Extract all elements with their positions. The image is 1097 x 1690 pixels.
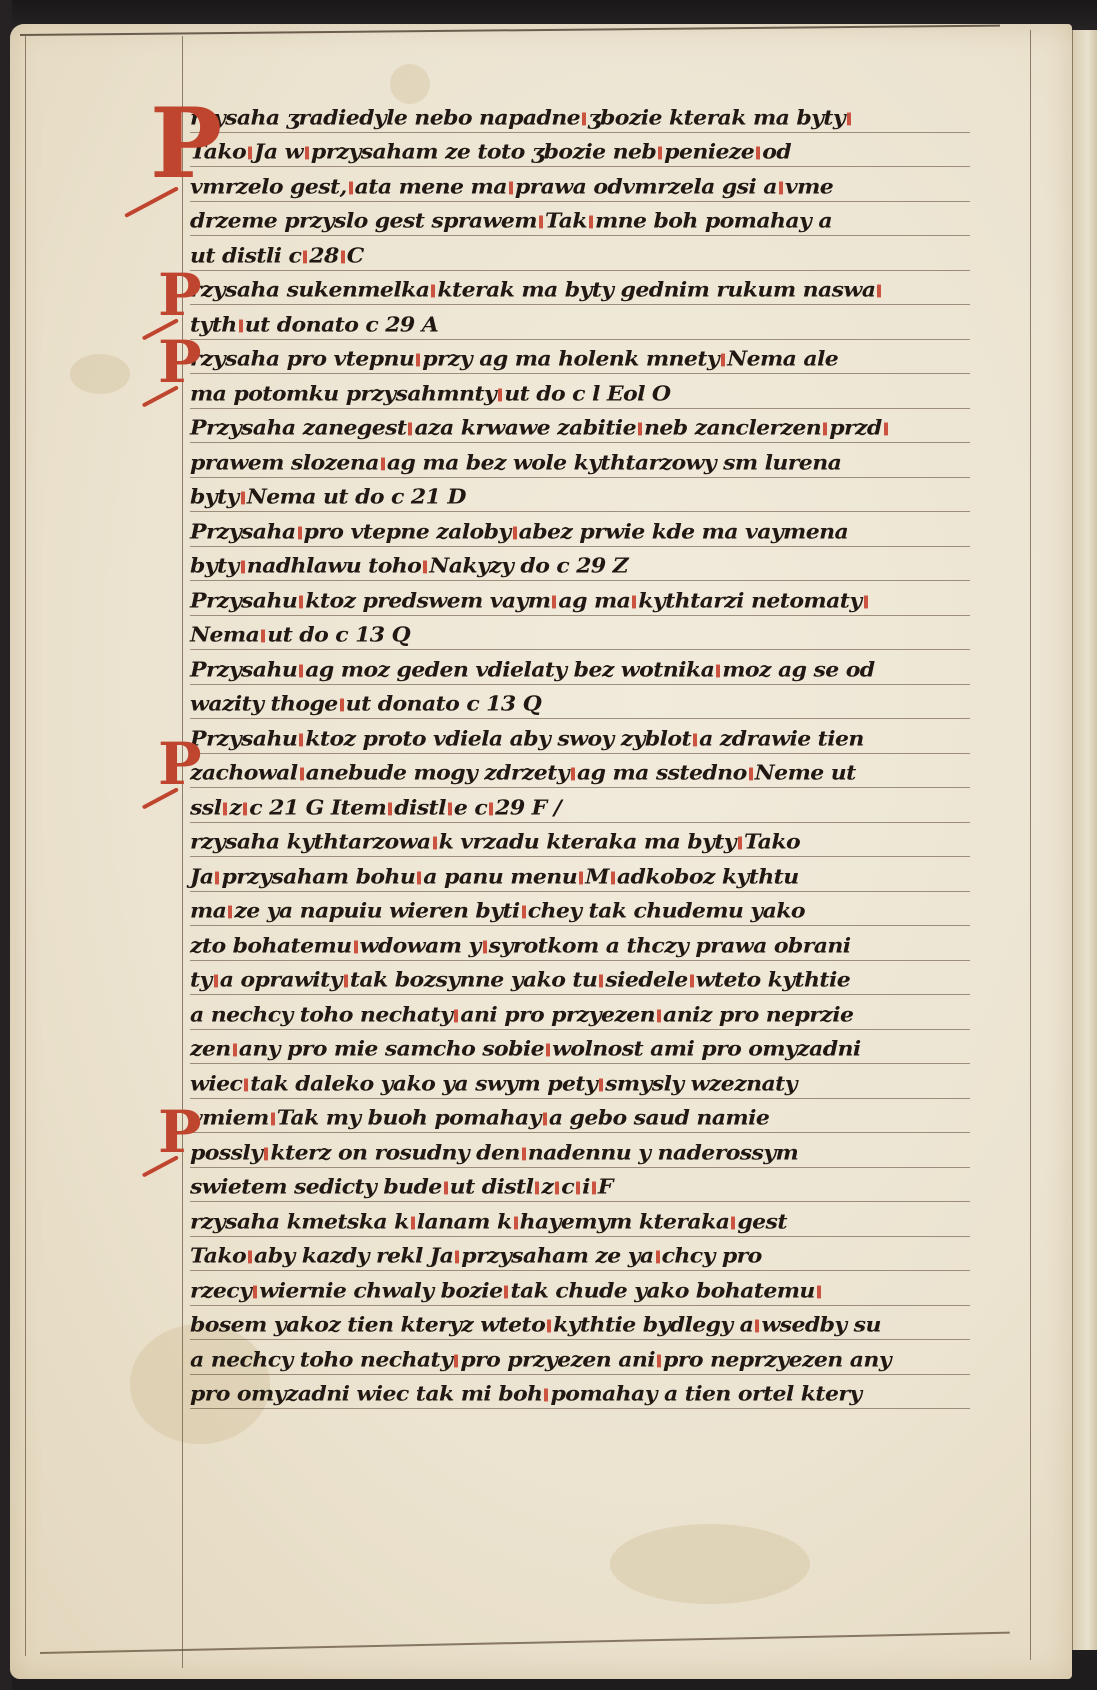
rubric-stroke xyxy=(690,975,694,988)
manuscript-line: rzysaha ʒradiedyle nebo napadneʒbozie kt… xyxy=(190,98,970,133)
rubric-stroke xyxy=(823,423,827,436)
manuscript-line-text: zto bohatemuwdowam ysyrotkom a thczy pra… xyxy=(190,934,851,958)
rubric-stroke xyxy=(298,526,302,539)
rubric-stroke xyxy=(215,871,219,884)
manuscript-line: ut distli c28C xyxy=(190,236,970,271)
rubric-stroke xyxy=(546,1044,550,1057)
rubric-stroke xyxy=(877,285,881,298)
rubric-stroke xyxy=(514,1216,518,1229)
rubric-stroke xyxy=(423,561,427,574)
rubric-stroke xyxy=(847,112,851,125)
manuscript-line: rzysaha sukenmelkakterak ma byty gednim … xyxy=(190,271,970,306)
manuscript-line-text: zenany pro mie samcho sobiewolnost ami p… xyxy=(190,1037,861,1061)
manuscript-line-text: drzeme przyslo gest sprawemTakmne boh po… xyxy=(190,209,832,233)
rubric-stroke xyxy=(504,1285,508,1298)
manuscript-line: Japrzysaham bohua panu menuMadkoboz kyth… xyxy=(190,857,970,892)
rubric-stroke xyxy=(264,1147,268,1160)
manuscript-text-block: rzysaha ʒradiedyle nebo napadneʒbozie kt… xyxy=(190,98,970,1409)
manuscript-line-text: Przysahapro vtepne zalobyabez prwie kde … xyxy=(190,520,848,544)
manuscript-line: ma potomku przysahmntyut do c l Eol O xyxy=(190,374,970,409)
rubric-stroke xyxy=(243,802,247,815)
manuscript-line: TakoJa wprzysaham ze toto ʒbozie nebpeni… xyxy=(190,133,970,168)
rubric-stroke xyxy=(657,1354,661,1367)
manuscript-line-text: ma potomku przysahmntyut do c l Eol O xyxy=(190,382,670,406)
rubric-stroke xyxy=(657,1009,661,1022)
rubric-stroke xyxy=(253,1285,257,1298)
manuscript-line: rzysaha kythtarzowak vrzadu kterakа ma b… xyxy=(190,823,970,858)
rubric-stroke xyxy=(498,388,502,401)
rubric-stroke xyxy=(738,837,742,850)
manuscript-line: Przysaha zanegestaza krwawe zabitieneb z… xyxy=(190,409,970,444)
manuscript-line-text: rzysaha sukenmelkakterak ma byty gednim … xyxy=(190,278,883,302)
manuscript-line-text: TakoJa wprzysaham ze toto ʒbozie nebpeni… xyxy=(190,140,791,164)
manuscript-line: rzysaha kmetska klanam khayemym kterakаg… xyxy=(190,1202,970,1237)
rubric-stroke xyxy=(244,1078,248,1091)
ruling-left-edge xyxy=(25,36,26,1656)
rubric-stroke xyxy=(388,802,392,815)
rubric-stroke xyxy=(756,147,760,160)
manuscript-line-text: rzecywiernie chwaly bozietak chude yako … xyxy=(190,1279,823,1303)
rubric-stroke xyxy=(305,147,309,160)
manuscript-line-text: wiectak daleko yako ya swym petysmysly w… xyxy=(190,1072,797,1096)
manuscript-line: a nechcy toho nechatypro przyezen anipro… xyxy=(190,1340,970,1375)
rubric-stroke xyxy=(416,354,420,367)
manuscript-line: zachowalanebude mogy zdrzetyag ma sstedn… xyxy=(190,754,970,789)
manuscript-line-text: Przysaha zanegestaza krwawe zabitieneb z… xyxy=(190,416,890,440)
manuscript-line: vmrzelo gest,ata mene maprawa odvmrzela … xyxy=(190,167,970,202)
rubric-stroke xyxy=(248,147,252,160)
manuscript-line-text: tya oprawitytak bozsynne yako tusiedelew… xyxy=(190,968,850,992)
manuscript-line: maze ya napuiu wieren bytichey tak chude… xyxy=(190,892,970,927)
rubric-stroke xyxy=(303,250,307,263)
rubric-stroke xyxy=(522,1147,526,1160)
manuscript-line-text: rzysaha kythtarzowak vrzadu kterakа ma b… xyxy=(190,830,800,854)
rubric-stroke xyxy=(411,1216,415,1229)
manuscript-line-text: swietem sedicty budeut distlzciF xyxy=(190,1175,613,1199)
rubric-stroke xyxy=(544,1389,548,1402)
manuscript-line-text: posslykterz on rosudny dennadennu y nade… xyxy=(190,1141,798,1165)
rubric-stroke xyxy=(349,181,353,194)
manuscript-line-text: Przysahuktoz predswem vaymag makythtarzi… xyxy=(190,589,870,613)
manuscript-line-text: bosem yakoz tien kteryz wtetokythtie byd… xyxy=(190,1313,881,1337)
rubric-stroke xyxy=(214,975,218,988)
manuscript-line-text: Przysahuktoz proto vdiela aby swoy zyblo… xyxy=(190,727,864,751)
rubric-stroke xyxy=(522,906,526,919)
manuscript-line-text: Takoaby kazdy rekl Japrzysaham ze yachcy… xyxy=(190,1244,762,1268)
manuscript-line: wazity thogeut donato c 13 Q xyxy=(190,685,970,720)
rubric-stroke xyxy=(344,975,348,988)
manuscript-line-text: wazity thogeut donato c 13 Q xyxy=(190,692,541,716)
rubricated-initial-p: P xyxy=(150,96,222,192)
manuscript-line-text: bytynadhlawu tohoNakyzy do c 29 Z xyxy=(190,554,628,578)
rubric-stroke xyxy=(535,1182,539,1195)
manuscript-line: Przysahuktoz predswem vaymag makythtarzi… xyxy=(190,581,970,616)
rubric-stroke xyxy=(489,802,493,815)
rubric-stroke xyxy=(582,112,586,125)
rubric-stroke xyxy=(241,561,245,574)
rubric-stroke xyxy=(241,492,245,505)
manuscript-line-text: a nechcy toho nechatypro przyezen anipro… xyxy=(190,1348,891,1372)
rubric-stroke xyxy=(448,802,452,815)
rubric-stroke xyxy=(632,595,636,608)
rubric-stroke xyxy=(300,768,304,781)
manuscript-line: zto bohatemuwdowam ysyrotkom a thczy pra… xyxy=(190,926,970,961)
rubric-stroke xyxy=(817,1285,821,1298)
rubric-stroke xyxy=(592,1182,596,1195)
stain xyxy=(70,354,130,394)
rubric-stroke xyxy=(513,526,517,539)
manuscript-line-text: rzysaha kmetska klanam khayemym kterakаg… xyxy=(190,1210,787,1234)
rubricated-initial-p: P xyxy=(158,735,202,793)
manuscript-line-text: Japrzysaham bohua panu menuMadkoboz kyth… xyxy=(190,865,799,889)
manuscript-line: wiectak daleko yako ya swym petysmysly w… xyxy=(190,1064,970,1099)
rubric-stroke xyxy=(571,768,575,781)
rubric-stroke xyxy=(579,871,583,884)
rubric-stroke xyxy=(408,423,412,436)
manuscript-line-text: rzysaha pro vtepnuprzy ag ma holenk mnet… xyxy=(190,347,838,371)
manuscript-line: prawem slozenaag ma bez wole kythtarzowy… xyxy=(190,443,970,478)
rubric-stroke xyxy=(539,216,543,229)
manuscript-line: Przysahuktoz proto vdiela aby swoy zyblo… xyxy=(190,719,970,754)
rubric-stroke xyxy=(638,423,642,436)
manuscript-line-text: sslzc 21 G Itemdistle c29 F / xyxy=(190,796,561,820)
manuscript-line-text: prawem slozenaag ma bez wole kythtarzowy… xyxy=(190,451,841,475)
manuscript-line: Przysahuag moz geden vdielaty bez wotnik… xyxy=(190,650,970,685)
manuscript-line: swietem sedicty budeut distlzciF xyxy=(190,1168,970,1203)
rubric-stroke xyxy=(271,1113,275,1126)
rubric-stroke xyxy=(611,871,615,884)
manuscript-line: rzysaha pro vtepnuprzy ag ma holenk mnet… xyxy=(190,340,970,375)
rubric-stroke xyxy=(299,595,303,608)
manuscript-line-text: a nechcy toho nechatyani pro przyezenani… xyxy=(190,1003,853,1027)
rubric-stroke xyxy=(483,940,487,953)
rubric-stroke xyxy=(340,699,344,712)
manuscript-line: tya oprawitytak bozsynne yako tusiedelew… xyxy=(190,961,970,996)
rubric-stroke xyxy=(716,664,720,677)
rubric-stroke xyxy=(431,285,435,298)
rubric-stroke xyxy=(444,1182,448,1195)
stain xyxy=(610,1524,810,1604)
rubric-stroke xyxy=(341,250,345,263)
manuscript-line-text: zachowalanebude mogy zdrzetyag ma sstedn… xyxy=(190,761,856,785)
rubric-stroke xyxy=(233,1044,237,1057)
manuscript-line: bytynadhlawu tohoNakyzy do c 29 Z xyxy=(190,547,970,582)
manuscript-line-text: maze ya napuiu wieren bytichey tak chude… xyxy=(190,899,805,923)
rubric-stroke xyxy=(576,1182,580,1195)
rubric-stroke xyxy=(599,1078,603,1091)
rubric-stroke xyxy=(455,1251,459,1264)
rubricated-initial-p: P xyxy=(158,333,202,391)
ruling-right-margin xyxy=(1030,30,1031,1660)
manuscript-line: bosem yakoz tien kteryz wtetokythtie byd… xyxy=(190,1306,970,1341)
rubric-stroke xyxy=(454,1354,458,1367)
rubric-stroke xyxy=(239,319,243,332)
manuscript-line: bytyNema ut do c 21 D xyxy=(190,478,970,513)
rubric-stroke xyxy=(589,216,593,229)
rubric-stroke xyxy=(381,457,385,470)
rubric-stroke xyxy=(555,1182,559,1195)
manuscript-line: sslzc 21 G Itemdistle c29 F / xyxy=(190,788,970,823)
manuscript-line: drzeme przyslo gest sprawemTakmne boh po… xyxy=(190,202,970,237)
manuscript-line-text: rzysaha ʒradiedyle nebo napadneʒbozie kt… xyxy=(190,106,853,130)
rubric-stroke xyxy=(552,595,556,608)
rubric-stroke xyxy=(454,1009,458,1022)
manuscript-line: tythut donato c 29 A xyxy=(190,305,970,340)
rubric-stroke xyxy=(693,733,697,746)
rubric-stroke xyxy=(223,802,227,815)
manuscript-line: Takoaby kazdy rekl Japrzysaham ze yachcy… xyxy=(190,1237,970,1272)
rubric-stroke xyxy=(547,1320,551,1333)
rubric-stroke xyxy=(261,630,265,643)
rubric-stroke xyxy=(299,664,303,677)
adjacent-page-edge xyxy=(1072,30,1097,1650)
manuscript-line-text: Nemaut do c 13 Q xyxy=(190,623,410,647)
rubric-stroke xyxy=(248,1251,252,1264)
rubric-stroke xyxy=(599,975,603,988)
manuscript-line: posslykterz on rosudny dennadennu y nade… xyxy=(190,1133,970,1168)
rubric-stroke xyxy=(884,423,888,436)
manuscript-line: Nemaut do c 13 Q xyxy=(190,616,970,651)
rubric-stroke xyxy=(656,1251,660,1264)
rubric-stroke xyxy=(433,837,437,850)
manuscript-line-text: Przysahuag moz geden vdielaty bez wotnik… xyxy=(190,658,875,682)
manuscript-line: pro omyzadni wiec tak mi bohpomahay a ti… xyxy=(190,1375,970,1410)
rubric-stroke xyxy=(731,1216,735,1229)
manuscript-line-text: vmrzelo gest,ata mene maprawa odvmrzela … xyxy=(190,175,833,199)
rubric-stroke xyxy=(721,354,725,367)
rubric-stroke xyxy=(864,595,868,608)
manuscript-line: rzecywiernie chwaly bozietak chude yako … xyxy=(190,1271,970,1306)
manuscript-line-text: vmiemTak my buoh pomahaya gebo saud nami… xyxy=(190,1106,769,1130)
rubric-stroke xyxy=(354,940,358,953)
rubric-stroke xyxy=(228,906,232,919)
rubric-stroke xyxy=(543,1113,547,1126)
rubric-stroke xyxy=(509,181,513,194)
rubric-stroke xyxy=(755,1320,759,1333)
manuscript-line-text: bytyNema ut do c 21 D xyxy=(190,485,466,509)
manuscript-line-text: ut distli c28C xyxy=(190,244,364,268)
rubric-stroke xyxy=(749,768,753,781)
rubric-stroke xyxy=(299,733,303,746)
rubric-stroke xyxy=(779,181,783,194)
rubric-stroke xyxy=(658,147,662,160)
manuscript-line: vmiemTak my buoh pomahaya gebo saud nami… xyxy=(190,1099,970,1134)
manuscript-line: zenany pro mie samcho sobiewolnost ami p… xyxy=(190,1030,970,1065)
manuscript-line-text: tythut donato c 29 A xyxy=(190,313,438,337)
manuscript-line: Przysahapro vtepne zalobyabez prwie kde … xyxy=(190,512,970,547)
rubric-stroke xyxy=(417,871,421,884)
rubricated-initial-p: P xyxy=(158,266,202,324)
manuscript-line-text: pro omyzadni wiec tak mi bohpomahay a ti… xyxy=(190,1382,862,1406)
manuscript-line: a nechcy toho nechatyani pro przyezenani… xyxy=(190,995,970,1030)
rubricated-initial-p: P xyxy=(158,1103,202,1161)
